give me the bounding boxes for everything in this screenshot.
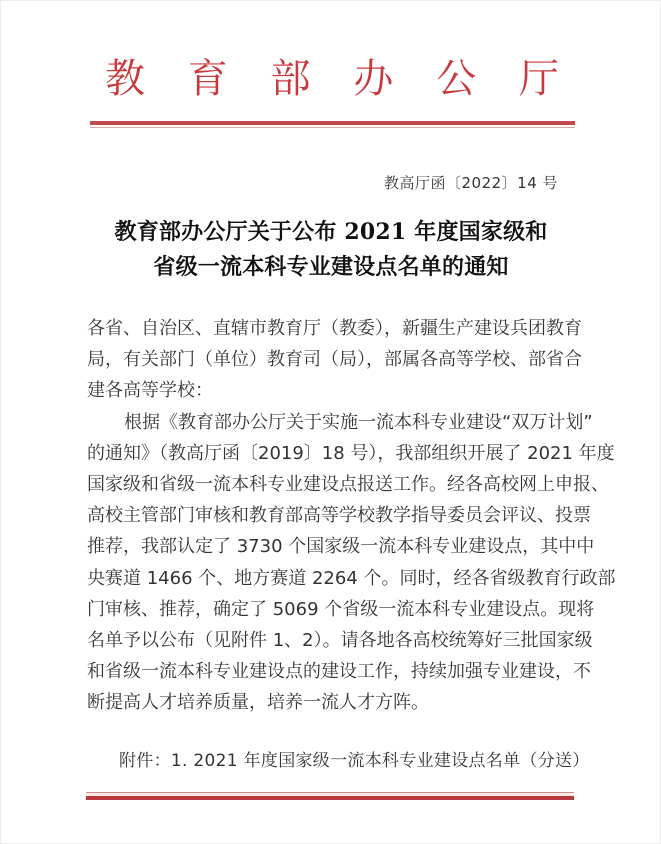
letterhead-char: 公 [432,53,480,105]
body-line: 高校主管部门审核和教育部高等学校教学指导委员会评议、投票 [87,500,577,531]
body-line: 根据《教育部办公厅关于实施一流本科专业建设“双万计划” [87,407,577,438]
letterhead-char: 教 [101,53,149,105]
letterhead-char: 厅 [515,53,563,105]
body-line: 央赛道 1466 个、地方赛道 2264 个。同时，经各省级教育行政部 [87,563,577,594]
body-line: 的通知》（教高厅函〔2019〕18 号），我部组织开展了 2021 年度 [87,438,577,469]
letterhead-char: 育 [184,53,232,105]
letterhead: 教 育 部 办 公 厅 [101,53,563,105]
attachment-note: 附件：1. 2021 年度国家级一流本科专业建设点名单（分送） [119,746,590,771]
letterhead-divider [90,121,575,128]
body-line: 和省级一流本科专业建设点的建设工作，持续加强专业建设，不 [87,656,577,687]
body-line-addressee: 建各高等学校： [87,375,577,406]
body-line: 名单予以公布（见附件 1、2）。请各地各高校统筹好三批国家级 [87,625,577,656]
body-line: 门审核、推荐，确定了 5069 个省级一流本科专业建设点。现将 [87,594,577,625]
letterhead-char: 办 [349,53,397,105]
title-line: 省级一流本科专业建设点名单的通知 [81,250,581,285]
document-page: 教 育 部 办 公 厅 教高厅函〔2022〕14 号 教育部办公厅关于公布 20… [0,0,661,844]
document-number: 教高厅函〔2022〕14 号 [384,172,558,193]
document-title: 教育部办公厅关于公布 2021 年度国家级和 省级一流本科专业建设点名单的通知 [81,215,581,285]
title-line: 教育部办公厅关于公布 2021 年度国家级和 [81,215,581,250]
body-line-addressee: 各省、自治区、直辖市教育厅（教委），新疆生产建设兵团教育 [87,313,577,344]
document-body: 各省、自治区、直辖市教育厅（教委），新疆生产建设兵团教育 局，有关部门（单位）教… [87,313,577,718]
body-line-addressee: 局，有关部门（单位）教育司（局），部属各高等学校、部省合 [87,344,577,375]
body-line: 国家级和省级一流本科专业建设点报送工作。经各高校网上申报、 [87,469,577,500]
body-line: 推荐，我部认定了 3730 个国家级一流本科专业建设点，其中中 [87,531,577,562]
body-line: 断提高人才培养质量，培养一流人才方阵。 [87,687,577,718]
footer-divider [86,792,574,800]
letterhead-char: 部 [267,53,315,105]
